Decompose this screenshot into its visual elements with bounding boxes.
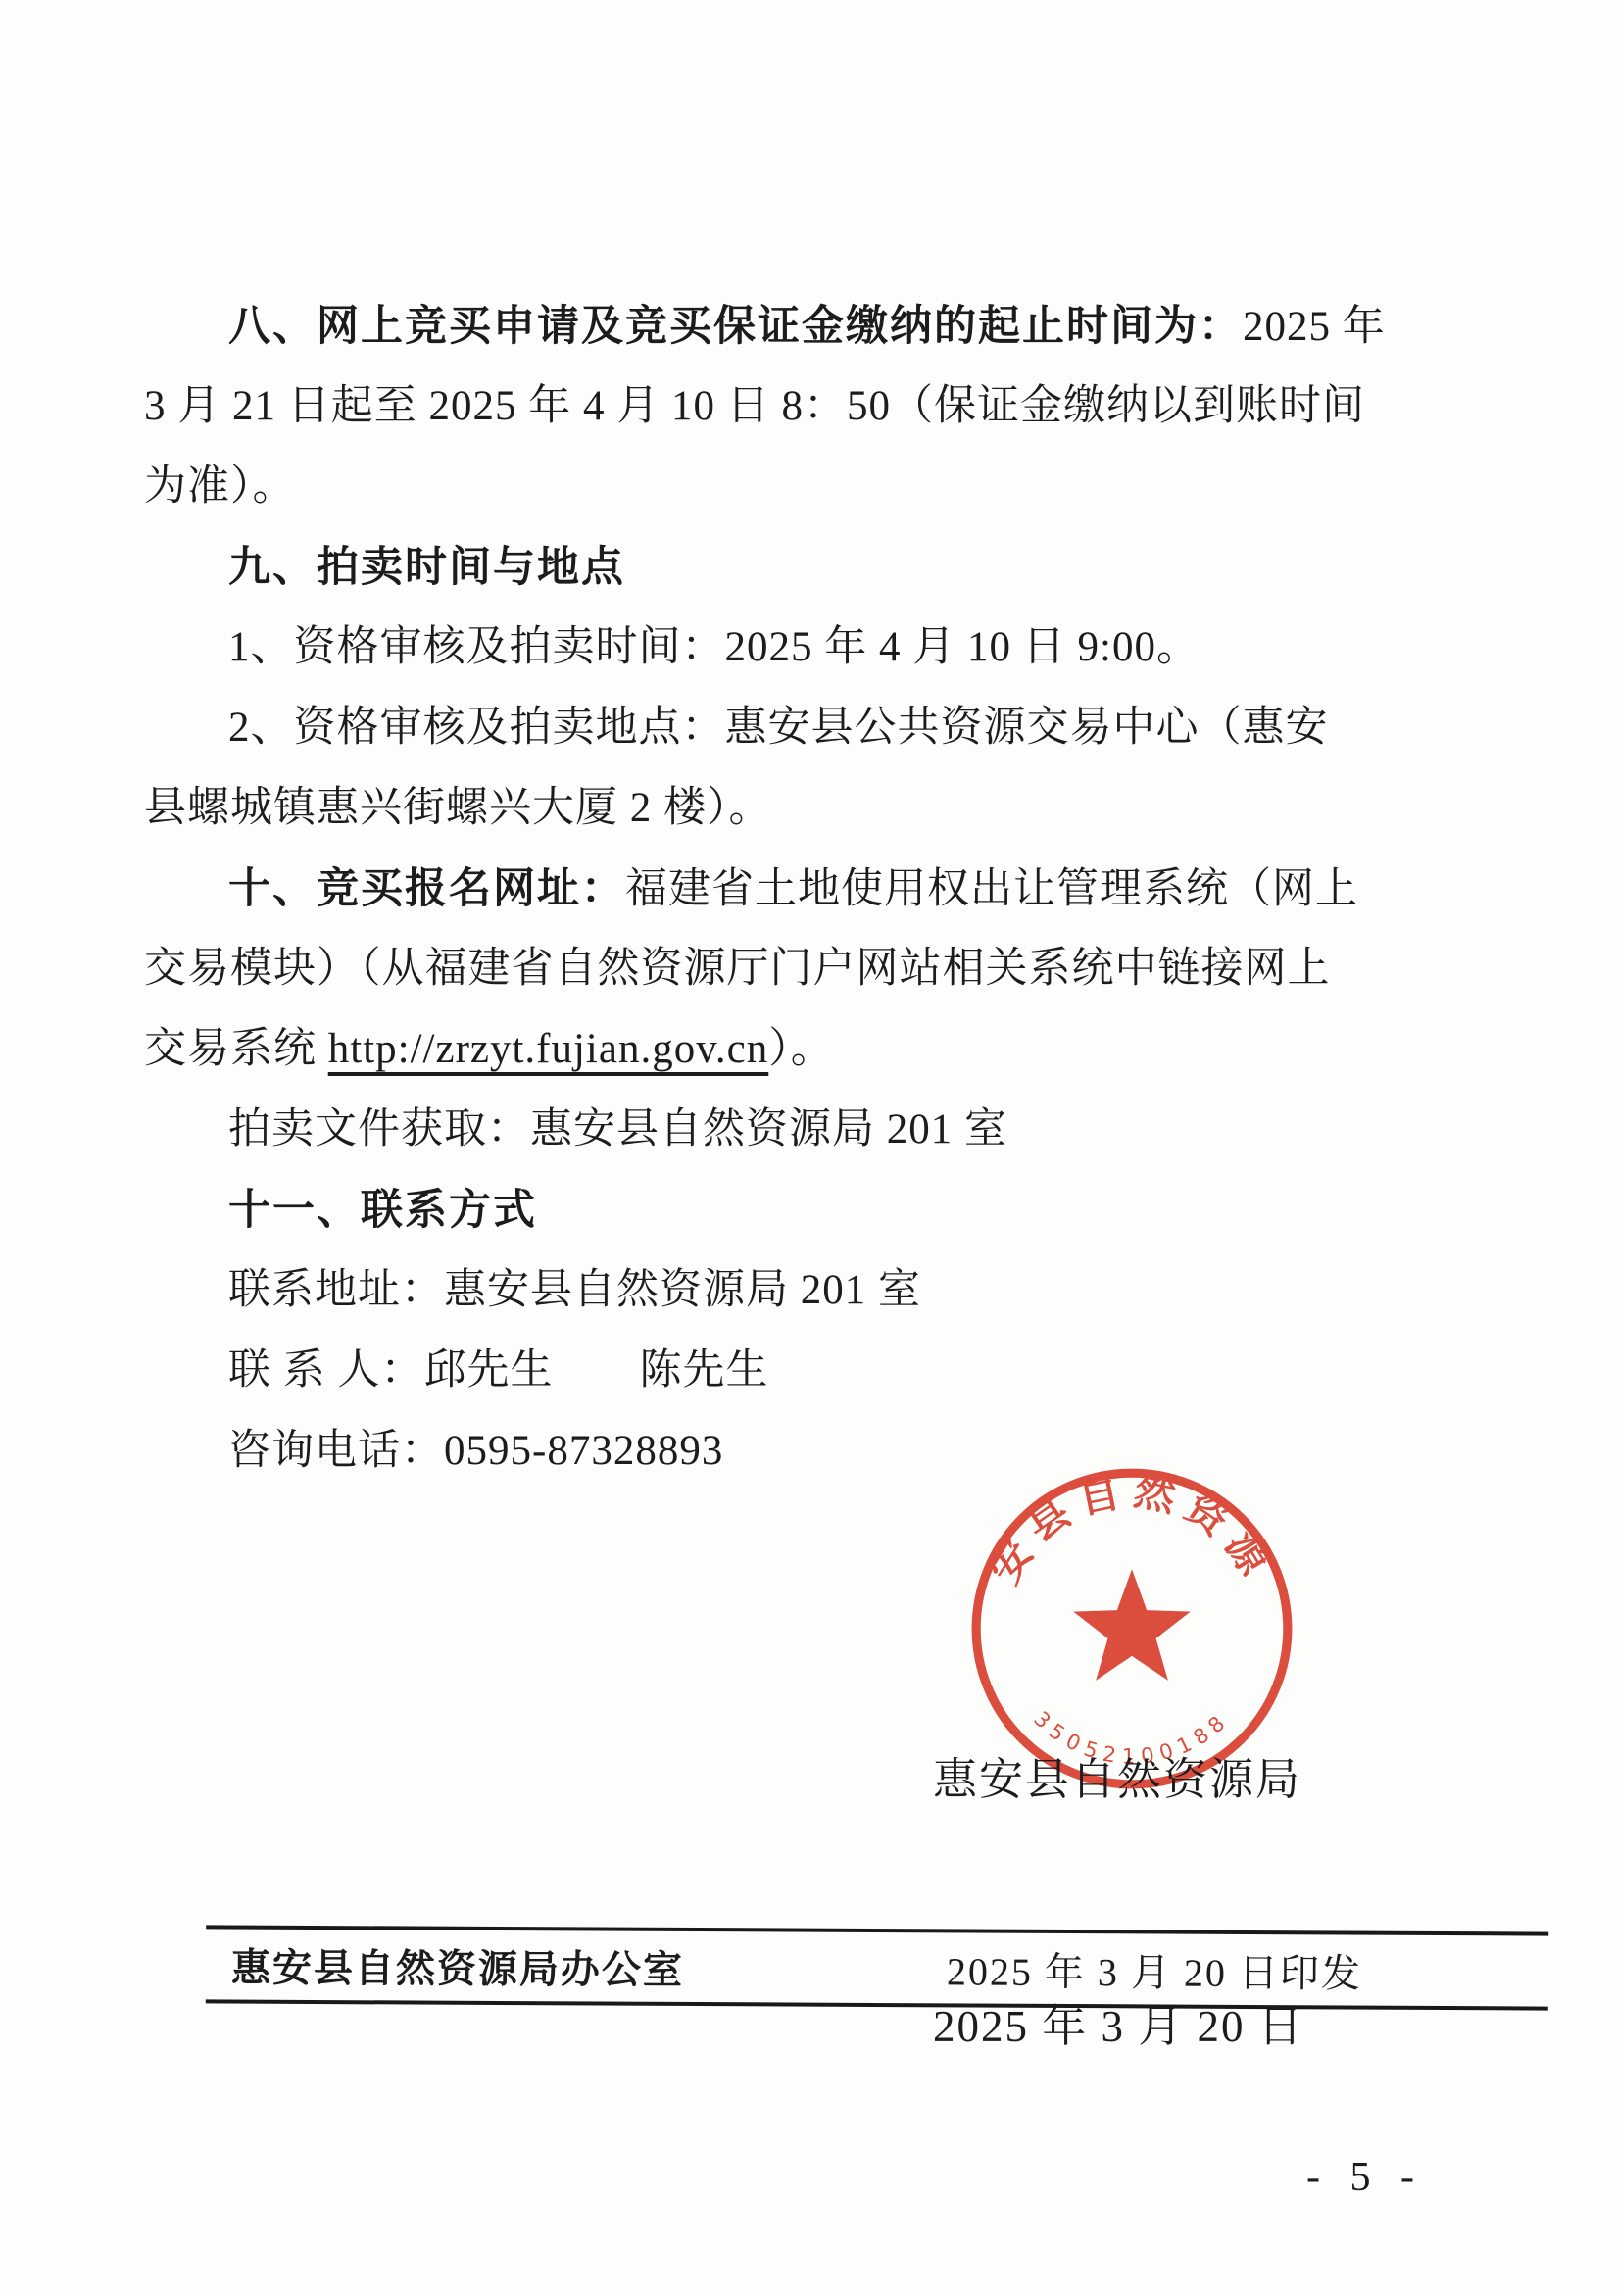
body-text: 联 系 人：邱先生 陈先生 (228, 1347, 769, 1393)
body-text: 交易系统 (144, 1026, 328, 1072)
body-text: 福建省土地使用权出让管理系统（网上 (625, 866, 1358, 912)
body-text: 县螺城镇惠兴街螺兴大厦 2 楼）。 (144, 785, 772, 831)
doc-line: 九、拍卖时间与地点 (144, 527, 1428, 608)
signature-issuer: 惠安县自然资源局 (933, 1738, 1304, 1821)
scanned-document-page: 八、网上竞买申请及竞买保证金缴纳的起止时间为：2025 年 3 月 21 日起至… (0, 0, 1617, 2296)
signature-date: 2025 年 3 月 20 日 (933, 1985, 1304, 2068)
body-text: 3 月 21 日起至 2025 年 4 月 10 日 8：50（保证金缴纳以到账… (144, 383, 1365, 429)
body-text: 联系地址：惠安县自然资源局 201 室 (228, 1267, 921, 1313)
section-heading: 八、网上竞买申请及竞买保证金缴纳的起止时间为： (228, 302, 1243, 351)
body-text: 为准）。 (144, 464, 296, 510)
doc-line: 十一、联系方式 (144, 1170, 1428, 1250)
footer-office: 惠安县自然资源局办公室 (231, 1936, 684, 1994)
signature-block: 惠安县自然资源局 2025 年 3 月 20 日 (933, 1574, 1304, 2232)
page-number: - 5 - (1292, 2154, 1439, 2201)
doc-line: 拍卖文件获取：惠安县自然资源局 201 室 (144, 1090, 1428, 1170)
body-text: 交易模块）（从福建省自然资源厅门户网站相关系统中链接网上 (144, 946, 1331, 992)
body-text: 咨询电话：0595-87328893 (228, 1428, 723, 1474)
footer-bar: 惠安县自然资源局办公室 2025 年 3 月 20 日印发 (206, 1925, 1548, 2010)
doc-line: 1、资格审核及拍卖时间：2025 年 4 月 10 日 9:00。 (144, 608, 1428, 688)
doc-line: 3 月 21 日起至 2025 年 4 月 10 日 8：50（保证金缴纳以到账… (144, 366, 1428, 447)
doc-line: 十、竞买报名网址：福建省土地使用权出让管理系统（网上 (144, 849, 1428, 929)
body-text: ）。 (768, 1026, 834, 1072)
doc-line: 八、网上竞买申请及竞买保证金缴纳的起止时间为：2025 年 (144, 286, 1428, 366)
body-text: 2025 年 (1243, 304, 1386, 350)
doc-line: 为准）。 (144, 447, 1428, 527)
document-body: 八、网上竞买申请及竞买保证金缴纳的起止时间为：2025 年 3 月 21 日起至… (144, 286, 1428, 1491)
doc-line: 联系地址：惠安县自然资源局 201 室 (144, 1250, 1428, 1331)
doc-line: 交易模块）（从福建省自然资源厅门户网站相关系统中链接网上 (144, 929, 1428, 1009)
doc-line: 联 系 人：邱先生 陈先生 (144, 1331, 1428, 1411)
section-heading: 十、竞买报名网址： (228, 864, 625, 913)
section-heading: 九、拍卖时间与地点 (228, 543, 625, 592)
doc-line: 2、资格审核及拍卖地点：惠安县公共资源交易中心（惠安 (144, 688, 1428, 768)
doc-line: 交易系统 http://zrzyt.fujian.gov.cn）。 (144, 1009, 1428, 1090)
section-heading: 十一、联系方式 (228, 1186, 537, 1235)
doc-line: 县螺城镇惠兴街螺兴大厦 2 楼）。 (144, 768, 1428, 849)
body-text: 1、资格审核及拍卖时间：2025 年 4 月 10 日 9:00。 (228, 624, 1200, 670)
body-text: 2、资格审核及拍卖地点：惠安县公共资源交易中心（惠安 (228, 705, 1329, 751)
body-text: 拍卖文件获取：惠安县自然资源局 201 室 (228, 1106, 1007, 1152)
url-text: http://zrzyt.fujian.gov.cn (328, 1026, 769, 1072)
